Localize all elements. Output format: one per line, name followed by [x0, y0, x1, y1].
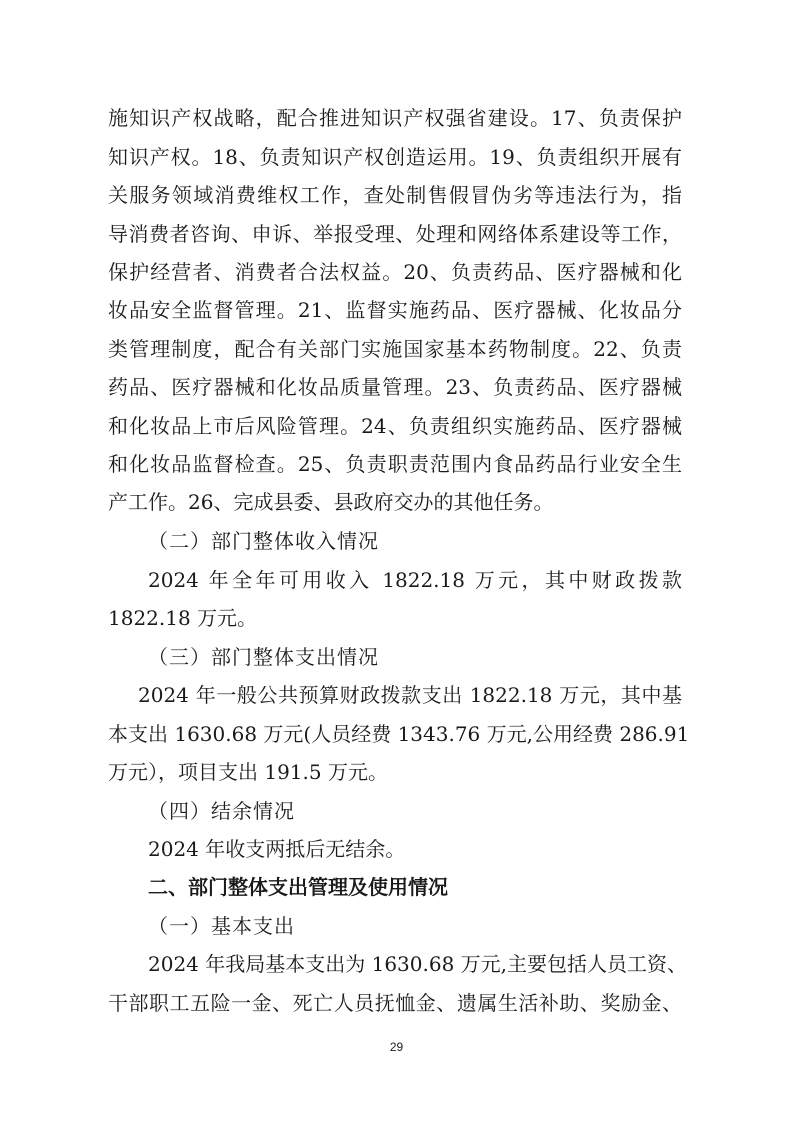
- expense-line: 本支出 1630.68 万元(人员经费 1343.76 万元,公用经费 286.…: [108, 719, 682, 749]
- paragraph-line: 施知识产权战略，配合推进知识产权强省建设。17、负责保护: [108, 103, 682, 133]
- income-line: 2024 年全年可用收入 1822.18 万元，其中财政拨款: [148, 565, 682, 595]
- paragraph-line: 类管理制度，配合有关部门实施国家基本药物制度。22、负责: [108, 334, 682, 364]
- paragraph-line: 和化妆品监督检查。25、负责职责范围内食品药品行业安全生: [108, 449, 682, 479]
- paragraph-line: 和化妆品上市后风险管理。24、负责组织实施药品、医疗器械: [108, 411, 682, 441]
- paragraph-line: 药品、医疗器械和化妆品质量管理。23、负责药品、医疗器械: [108, 372, 682, 402]
- paragraph-line: 妆品安全监督管理。21、监督实施药品、医疗器械、化妆品分: [108, 295, 682, 325]
- balance-line: 2024 年收支两抵后无结余。: [148, 834, 405, 864]
- paragraph-line: 产工作。26、完成县委、县政府交办的其他任务。: [108, 487, 682, 517]
- section-heading-balance: （四）结余情况: [148, 796, 295, 826]
- document-page: 施知识产权战略，配合推进知识产权强省建设。17、负责保护 知识产权。18、负责知…: [0, 0, 793, 1122]
- paragraph-line: 导消费者咨询、申诉、举报受理、处理和网络体系建设等工作，: [108, 219, 682, 249]
- section-heading-expense: （三）部门整体支出情况: [148, 642, 379, 672]
- section-heading-income: （二）部门整体收入情况: [148, 526, 379, 556]
- expense-line: 2024 年一般公共预算财政拨款支出 1822.18 万元，其中基: [138, 680, 682, 710]
- paragraph-line: 知识产权。18、负责知识产权创造运用。19、负责组织开展有: [108, 142, 682, 172]
- basic-expense-line: 2024 年我局基本支出为 1630.68 万元,主要包括人员工资、: [148, 949, 682, 979]
- income-line: 1822.18 万元。: [108, 603, 682, 633]
- section-subheading-basic-expense: （一）基本支出: [148, 911, 295, 941]
- section-heading-main: 二、部门整体支出管理及使用情况: [148, 872, 448, 902]
- paragraph-line: 保护经营者、消费者合法权益。20、负责药品、医疗器械和化: [108, 257, 682, 287]
- paragraph-line: 关服务领域消费维权工作，查处制售假冒伪劣等违法行为，指: [108, 180, 682, 210]
- expense-line: 万元），项目支出 191.5 万元。: [108, 757, 682, 787]
- basic-expense-line: 干部职工五险一金、死亡人员抚恤金、遗属生活补助、奖励金、: [108, 988, 682, 1018]
- page-number: 29: [0, 1040, 793, 1054]
